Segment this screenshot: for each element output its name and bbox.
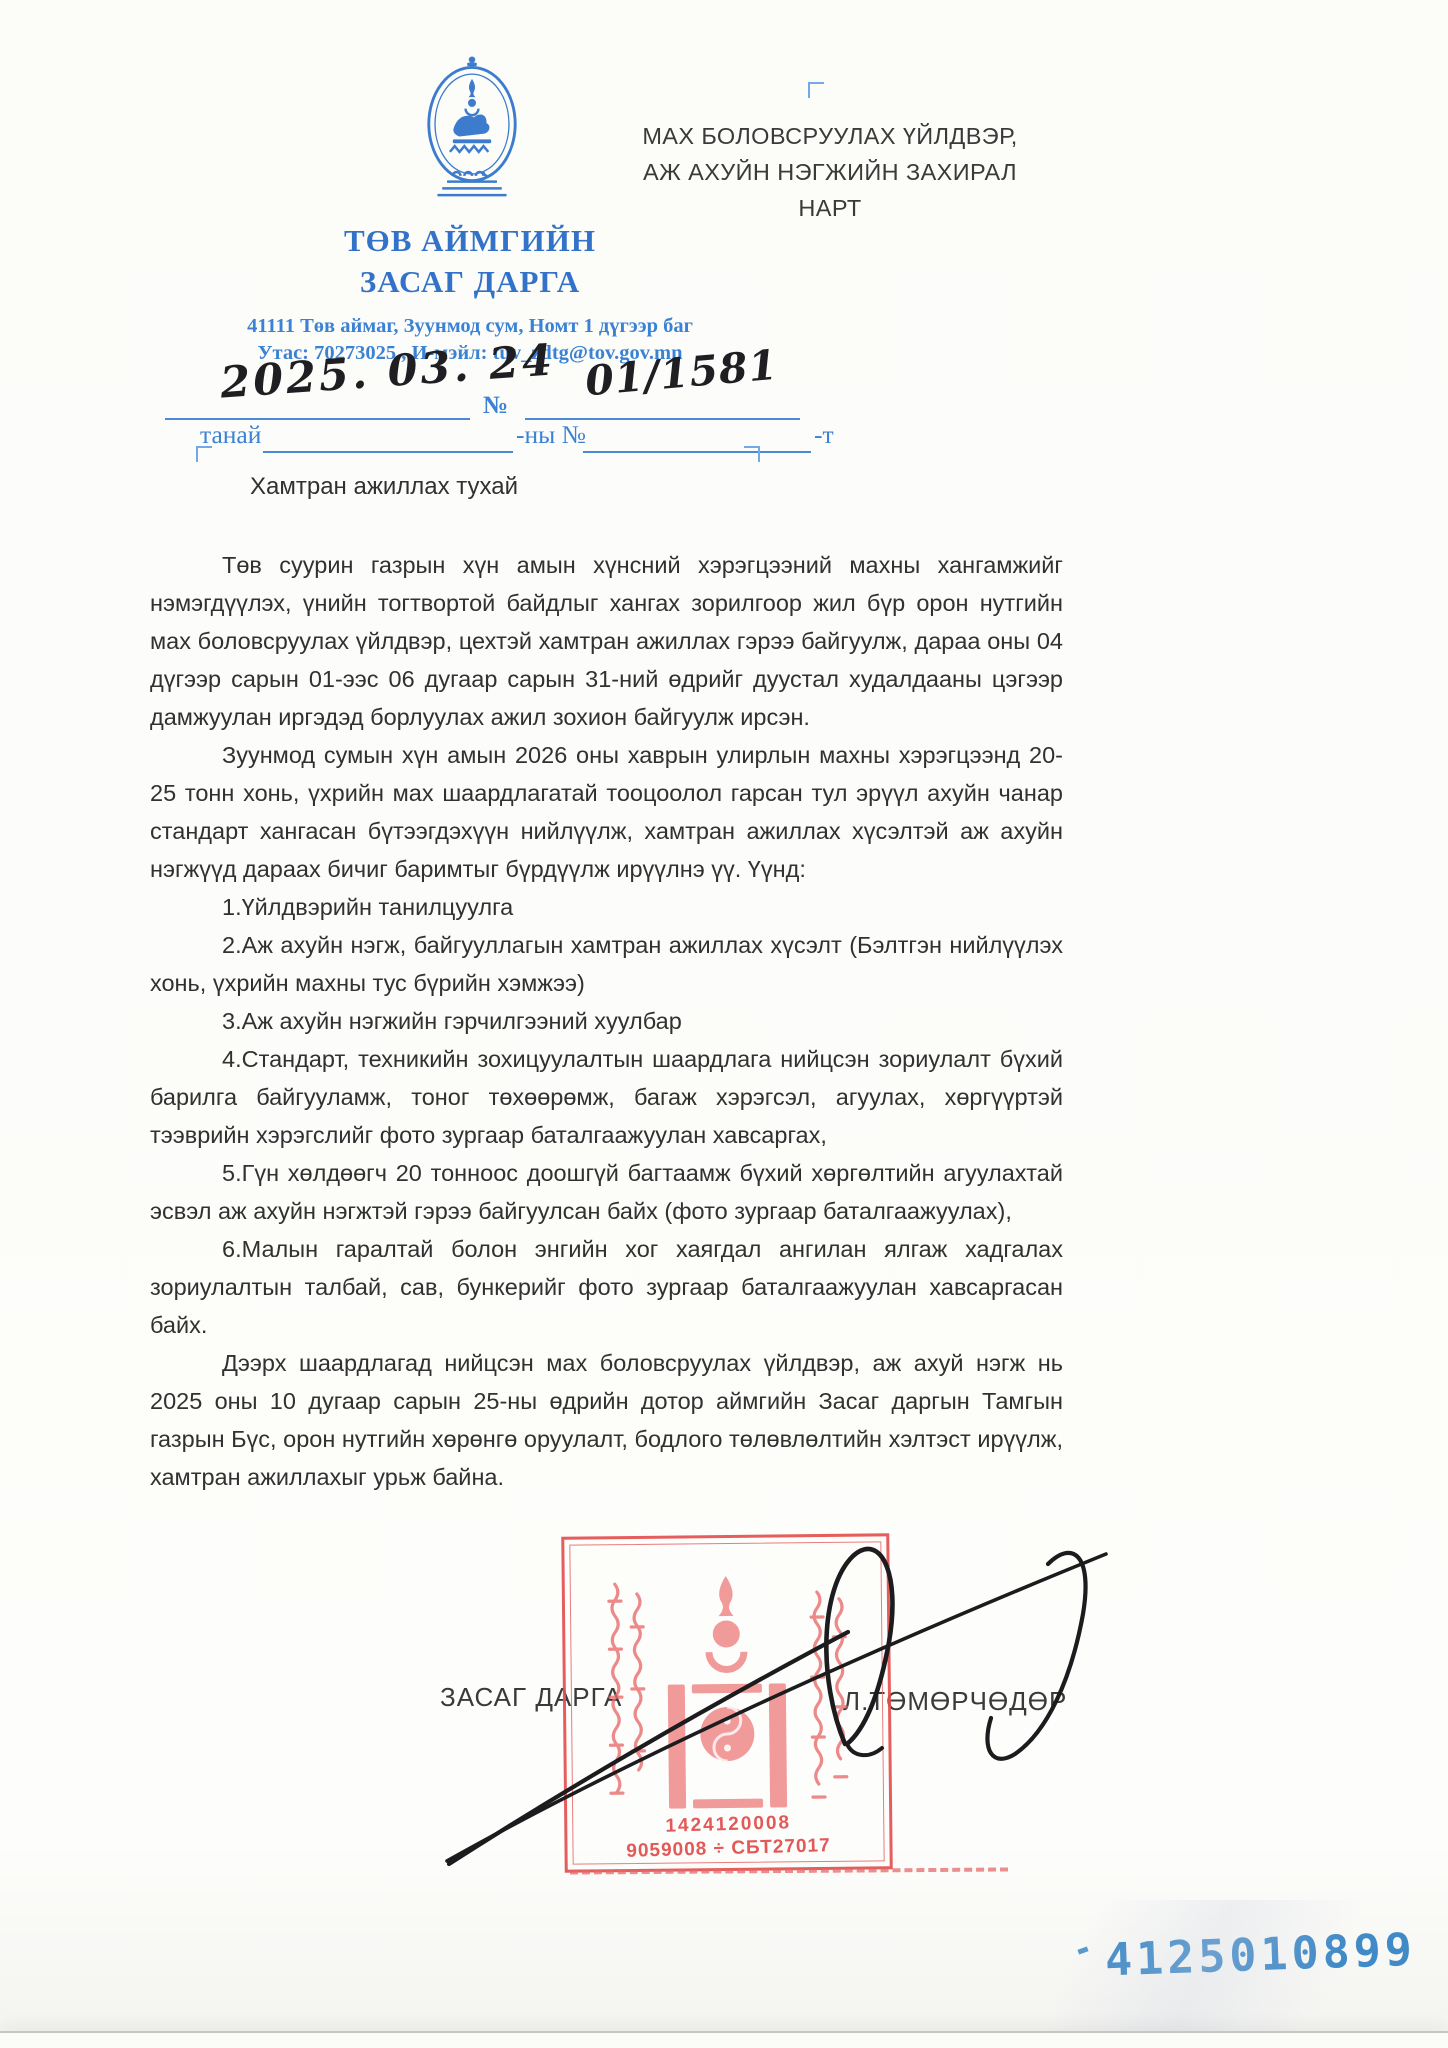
list-item: 1.Үйлдвэрийн танилцуулга <box>150 888 1063 926</box>
official-stamp: 1424120008 9059008 ÷ СБТ27017 <box>561 1533 893 1872</box>
paper-bottom-edge <box>0 2031 1448 2048</box>
recipient-line1: МАХ БОЛОВСРУУЛАХ ҮЙЛДВЭР, <box>620 118 1040 154</box>
subject-line: Хамтран ажиллах тухай <box>250 468 1063 506</box>
org-name-line1: ТӨВ АЙМГИЙН <box>165 220 775 261</box>
paragraph: Дээрх шаардлагад нийцсэн мах боловсруула… <box>150 1344 1063 1496</box>
list-item: 3.Аж ахуйн нэгжийн гэрчилгээний хуулбар <box>150 1002 1063 1040</box>
your-ref-underline-1 <box>263 450 513 453</box>
org-name: ТӨВ АЙМГИЙН ЗАСАГ ДАРГА <box>165 220 775 302</box>
paper-crease <box>900 1900 1448 2048</box>
crop-mark-subject-left <box>196 446 212 462</box>
reference-row: № 2025. 03. 24 01/1581 <box>165 365 825 425</box>
your-ref-suffix: -т <box>814 420 834 450</box>
list-item: 2.Аж ахуйн нэгж, байгууллагын хамтран аж… <box>150 926 1063 1002</box>
org-address-line: 41111 Төв аймаг, Зуунмод сум, Номт 1 дүг… <box>165 313 775 340</box>
your-ref-underline-2 <box>583 450 811 453</box>
recipient-block: МАХ БОЛОВСРУУЛАХ ҮЙЛДВЭР, АЖ АХУЙН НЭГЖИ… <box>620 118 1040 226</box>
org-name-line2: ЗАСАГ ДАРГА <box>165 261 775 302</box>
list-item: 4.Стандарт, техникийн зохицуулалтын шаар… <box>150 1040 1063 1154</box>
list-item: 6.Малын гаралтай болон энгийн хог хаягда… <box>150 1230 1063 1344</box>
paragraph: Төв суурин газрын хүн амын хүнсний хэрэг… <box>150 546 1063 736</box>
recipient-line3: НАРТ <box>620 190 1040 226</box>
your-ref-middle: -ны № <box>516 420 586 450</box>
list-item: 5.Гүн хөлдөөгч 20 тонноос доошгүй багтаа… <box>150 1154 1063 1230</box>
recipient-line2: АЖ АХУЙН НЭГЖИЙН ЗАХИРАЛ <box>620 154 1040 190</box>
scanned-letter-page: ТӨВ АЙМГИЙН ЗАСАГ ДАРГА 41111 Төв аймаг,… <box>0 0 1448 2048</box>
letter-body: Хамтран ажиллах тухай Төв суурин газрын … <box>150 468 1063 1496</box>
crop-mark-recipient <box>808 82 824 98</box>
paragraph: Зуунмод сумын хүн амын 2026 оны хаврын у… <box>150 736 1063 888</box>
mongolia-state-emblem-icon <box>424 52 520 198</box>
crop-mark-subject-right <box>744 446 760 462</box>
number-sign-label: № <box>483 392 508 420</box>
